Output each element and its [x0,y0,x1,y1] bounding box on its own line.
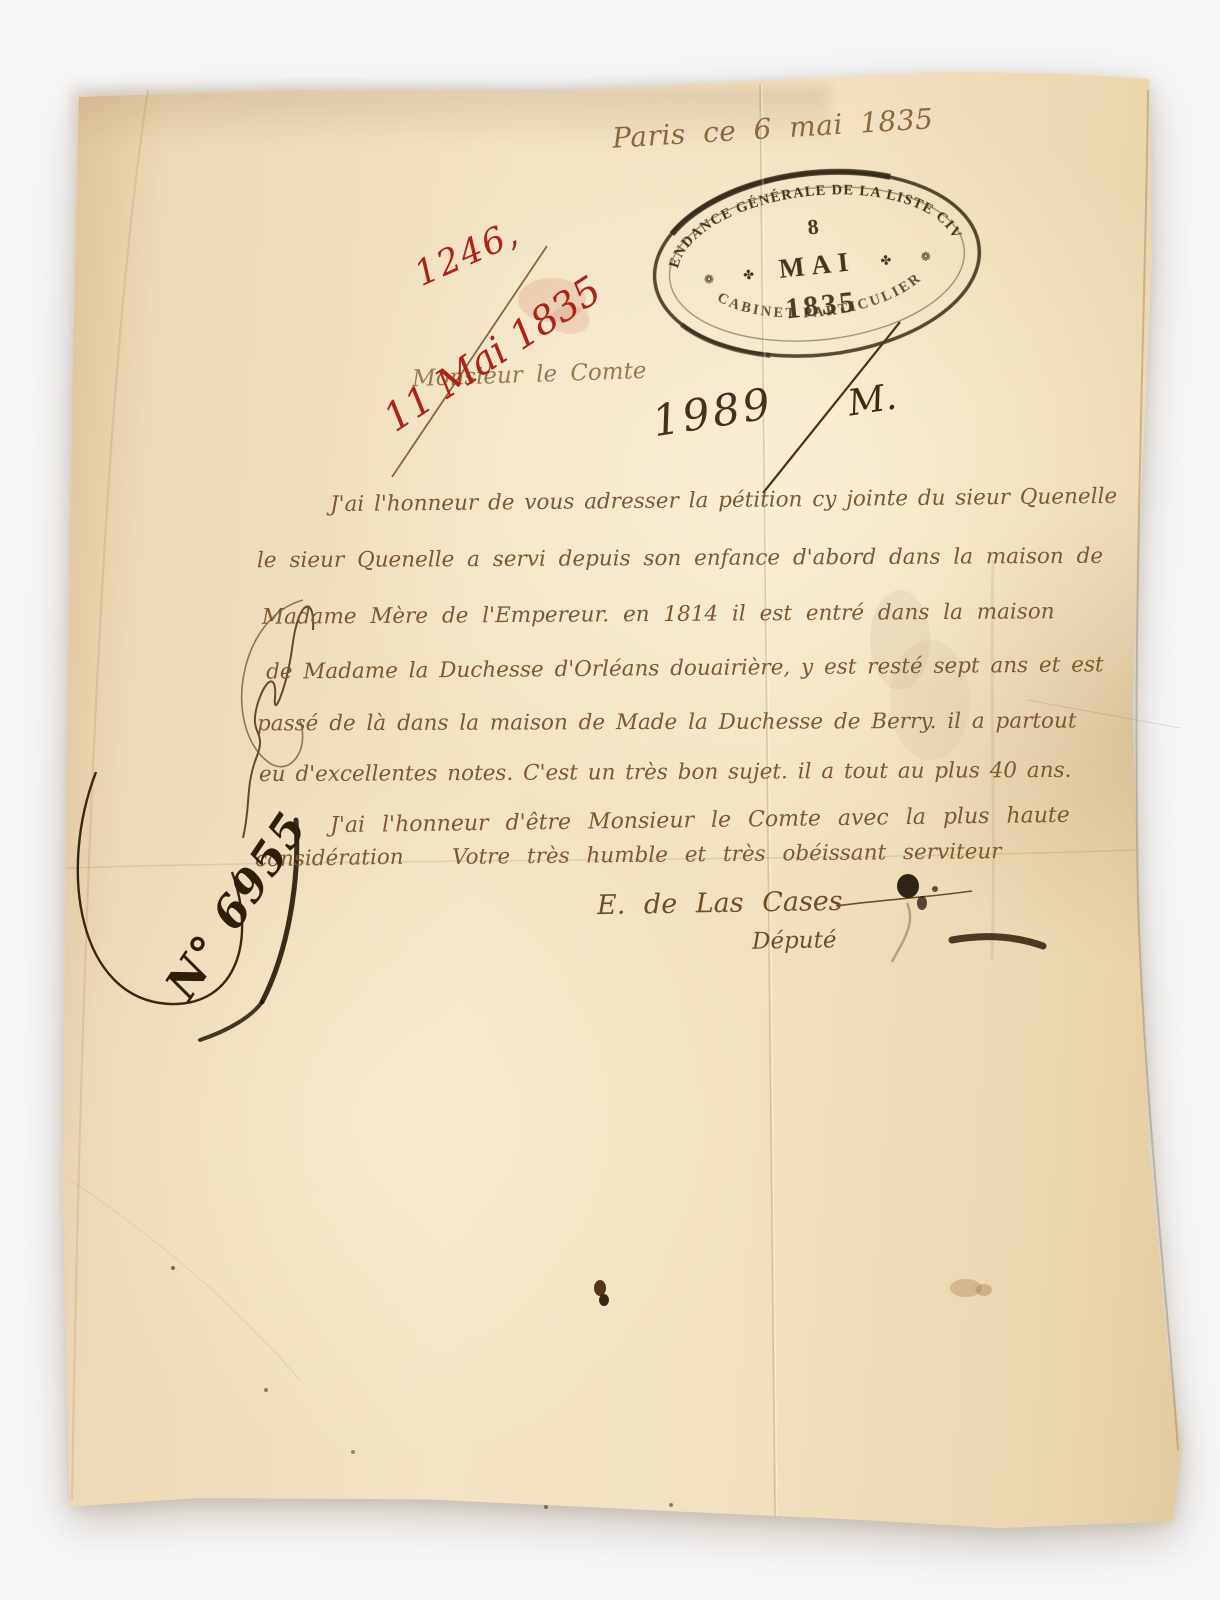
paper-shadow [0,0,1220,1600]
paper-sheet [62,70,1182,1530]
